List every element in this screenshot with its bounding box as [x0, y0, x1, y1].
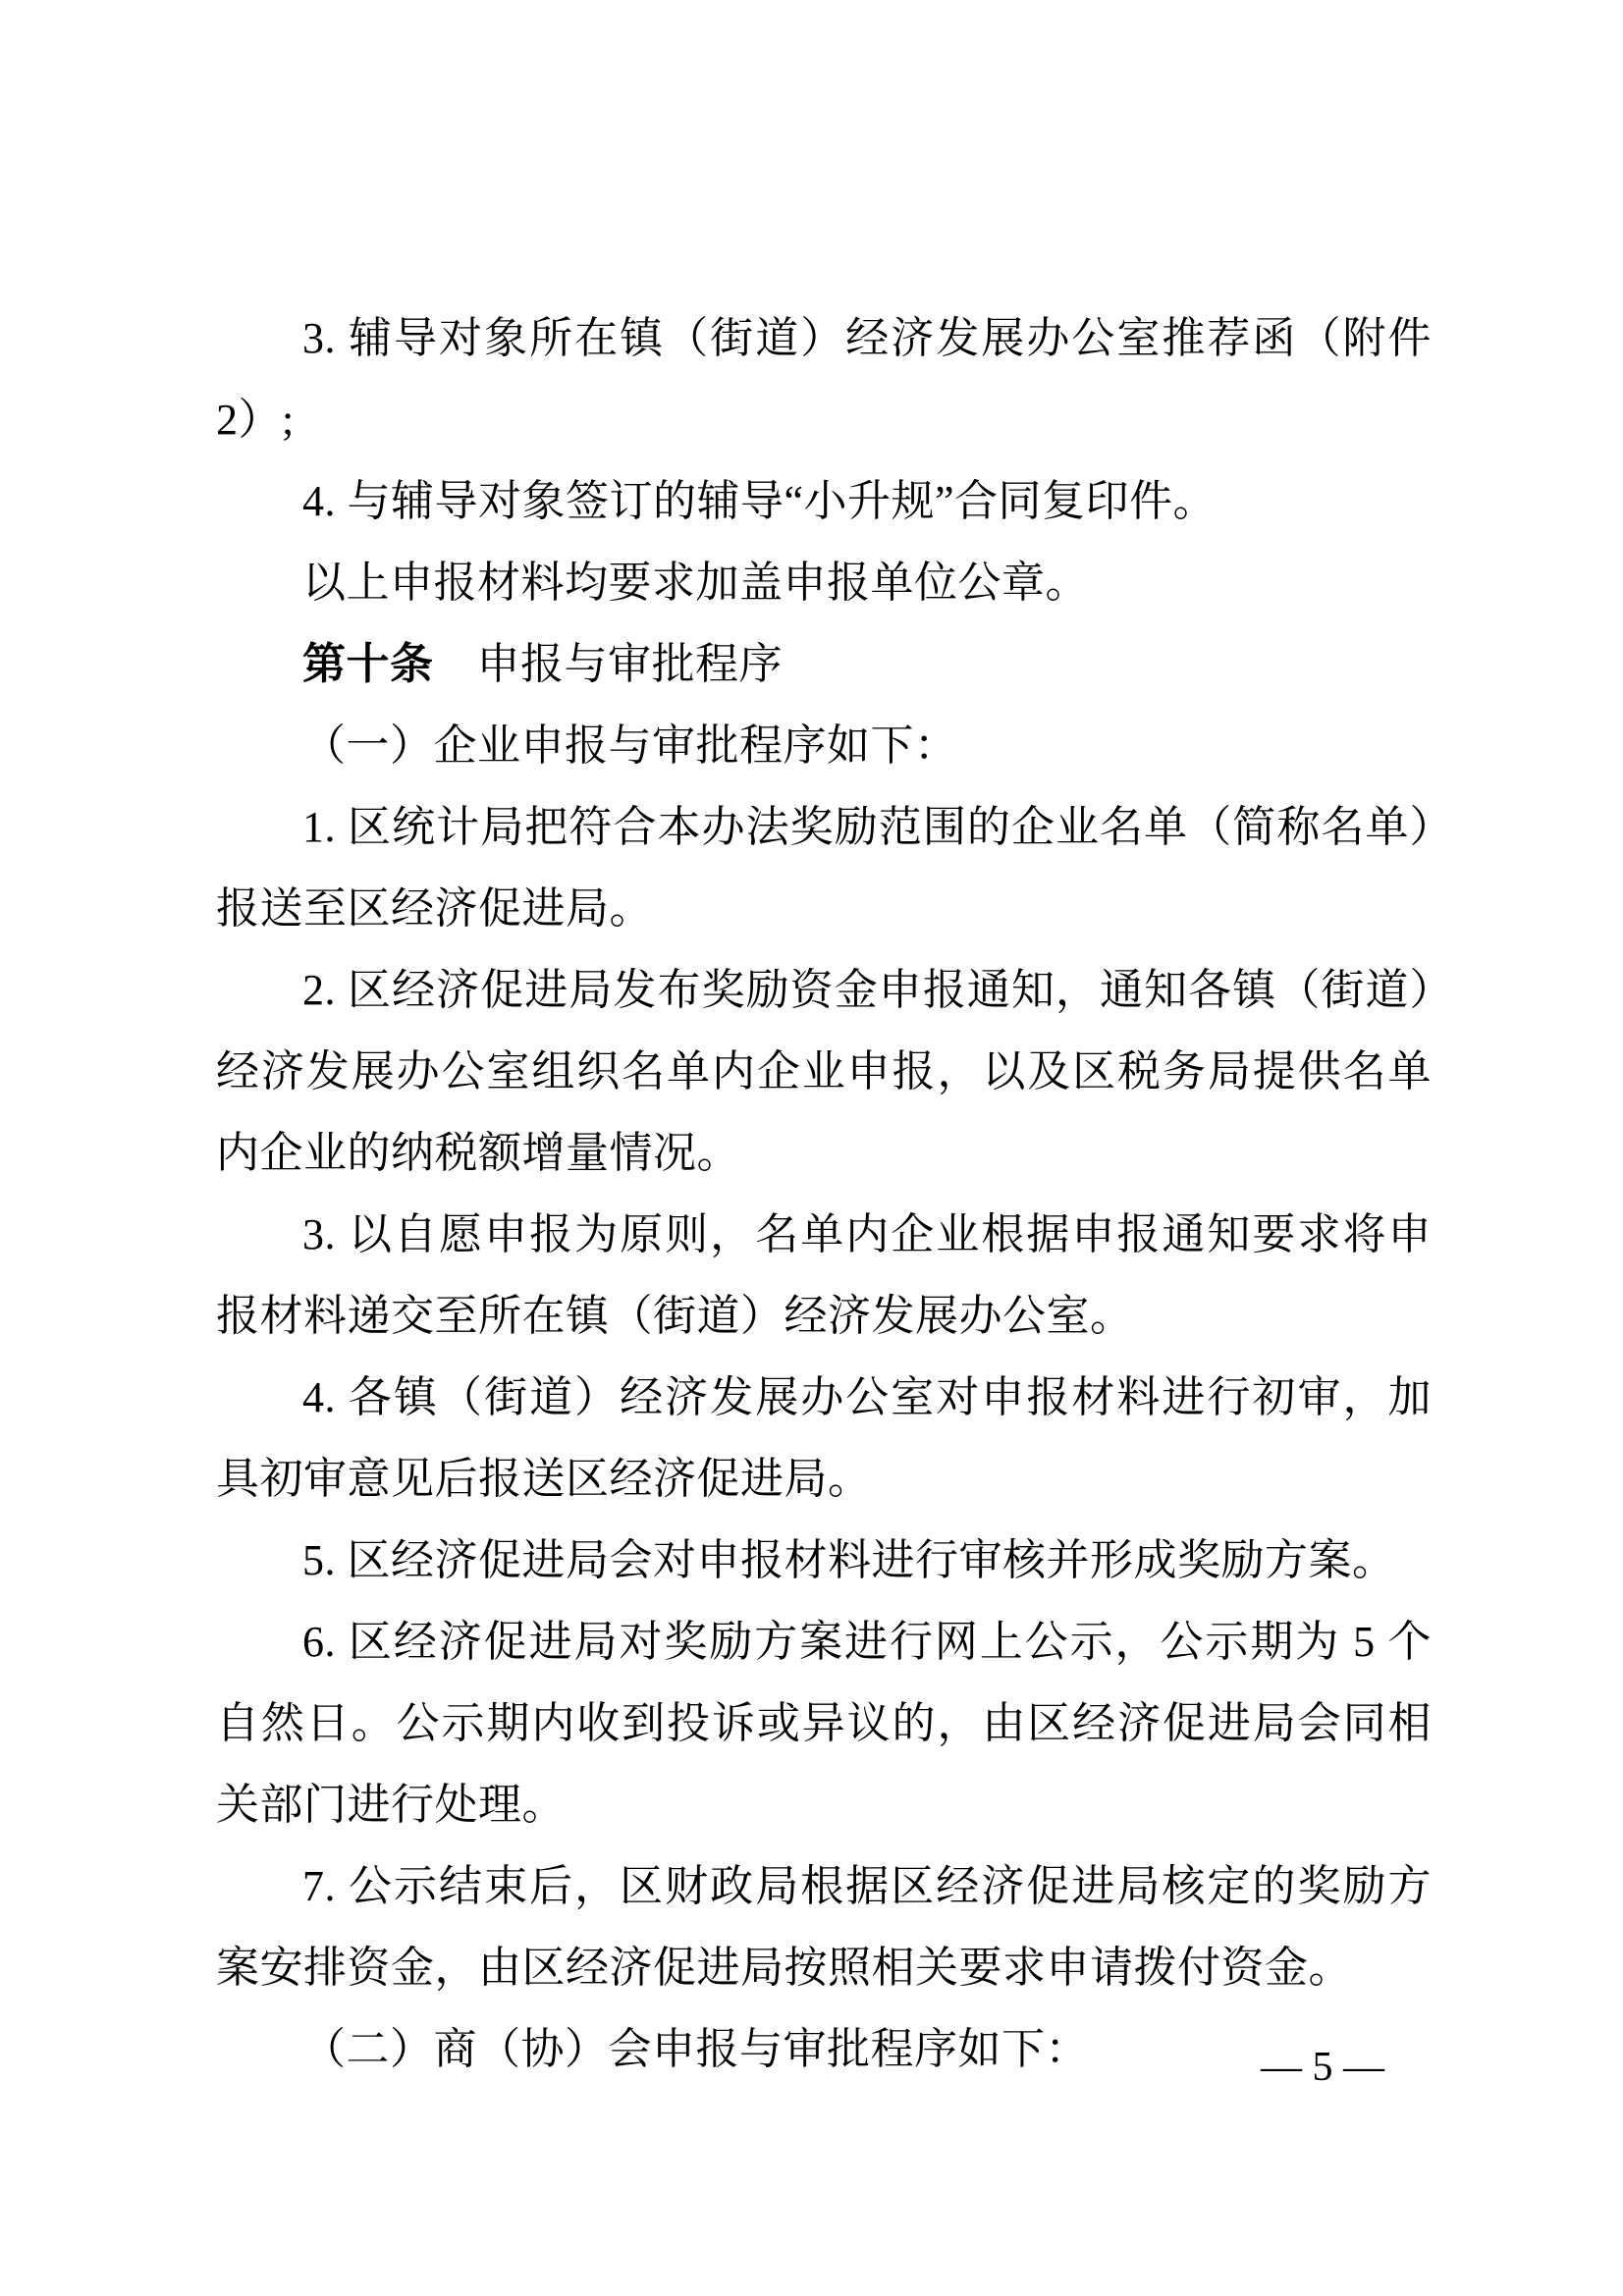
page-number: — 5 —: [1261, 2044, 1384, 2091]
document-page: 3. 辅导对象所在镇（街道）经济发展办公室推荐函（附件 2）; 4. 与辅导对象…: [0, 0, 1623, 2296]
article-title: 申报与审批程序: [477, 640, 784, 688]
enterprise-step-2: 2. 区经济促进局发布奖励资金申报通知，通知各镇（街道）经济发展办公室组织名单内…: [216, 949, 1432, 1194]
section-one-intro: （一）企业申报与审批程序如下：: [216, 705, 1432, 786]
section-two-intro: （二）商（协）会申报与审批程序如下：: [216, 2008, 1432, 2090]
seal-requirement-note: 以上申报材料均要求加盖申报单位公章。: [216, 542, 1432, 623]
enterprise-step-3: 3. 以自愿申报为原则，名单内企业根据申报通知要求将申报材料递交至所在镇（街道）…: [216, 1194, 1432, 1357]
document-body: 3. 辅导对象所在镇（街道）经济发展办公室推荐函（附件 2）; 4. 与辅导对象…: [216, 297, 1432, 2090]
enterprise-step-1: 1. 区统计局把符合本办法奖励范围的企业名单（简称名单）报送至区经济促进局。: [216, 786, 1432, 949]
enterprise-step-7: 7. 公示结束后，区财政局根据区经济促进局核定的奖励方案安排资金，由区经济促进局…: [216, 1845, 1432, 2008]
attachment-item-4: 4. 与辅导对象签订的辅导“小升规”合同复印件。: [216, 460, 1432, 542]
enterprise-step-4: 4. 各镇（街道）经济发展办公室对申报材料进行初审，加具初审意见后报送区经济促进…: [216, 1357, 1432, 1520]
attachment-item-3: 3. 辅导对象所在镇（街道）经济发展办公室推荐函（附件 2）;: [216, 297, 1432, 460]
enterprise-step-5: 5. 区经济促进局会对申报材料进行审核并形成奖励方案。: [216, 1520, 1432, 1601]
article-number-label: 第十条: [302, 640, 434, 688]
article-ten-heading: 第十条申报与审批程序: [216, 623, 1432, 705]
enterprise-step-6: 6. 区经济促进局对奖励方案进行网上公示，公示期为 5 个自然日。公示期内收到投…: [216, 1601, 1432, 1845]
